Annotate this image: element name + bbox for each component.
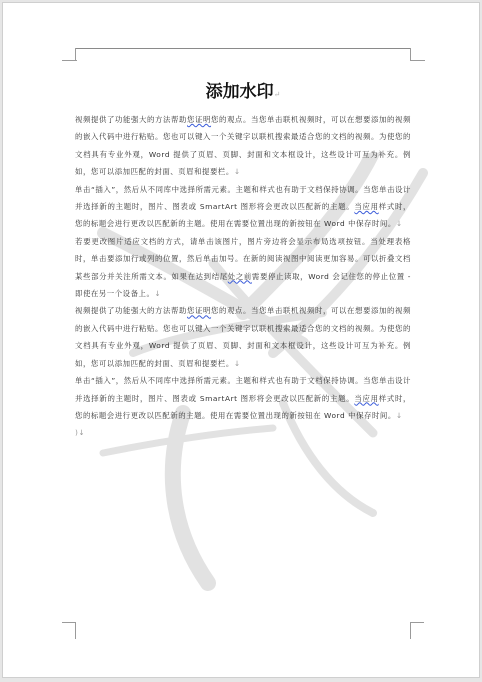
document-body[interactable]: 添加水印↵ 视频提供了功能强大的方法帮助您证明您的观点。当您单击联机视频时，可以…	[75, 79, 411, 442]
spellcheck-flag[interactable]: 当应用	[354, 394, 378, 403]
paragraph-1: 视频提供了功能强大的方法帮助您证明您的观点。当您单击联机视频时，可以在想要添加的…	[75, 111, 411, 181]
crop-mark-top-right	[410, 60, 425, 61]
paragraph-5: 单击“插入”，然后从不同库中选择所需元素。主题和样式也有助于文档保持协调。当您单…	[75, 372, 411, 424]
crop-mark-bottom-left	[62, 622, 76, 623]
crop-mark-bottom-right-vertical	[410, 622, 411, 639]
paragraph-mark-icon: ↵	[274, 90, 281, 99]
document-title: 添加水印↵	[75, 79, 411, 105]
paragraph-mark-icon: ↓	[396, 411, 403, 420]
crop-mark-top-right-vertical	[410, 48, 411, 61]
paragraph-3: 若要更改图片适应文档的方式，请单击该图片，图片旁边将会显示布局选项按钮。当处理表…	[75, 233, 411, 303]
paragraph-mark-icon: ↓	[234, 167, 241, 176]
crop-mark-bottom-left-vertical	[75, 622, 76, 639]
crop-mark-bottom-right	[410, 622, 424, 623]
spellcheck-flag[interactable]: 您证明	[187, 306, 211, 315]
header-boundary-line	[75, 48, 411, 49]
document-page[interactable]: 添加水印↵ 视频提供了功能强大的方法帮助您证明您的观点。当您单击联机视频时，可以…	[2, 2, 480, 678]
paragraph-2: 单击“插入”，然后从不同库中选择所需元素。主题和样式也有助于文档保持协调。当您单…	[75, 181, 411, 233]
text-run: 您的观点。当您单击联机视频时，可以在想要添加的视频的嵌入代码中进行粘贴。您也可以…	[75, 115, 411, 176]
title-text: 添加水印	[206, 82, 274, 102]
paragraph-mark-icon: ↓	[396, 219, 403, 228]
text-run: 视频提供了功能强大的方法帮助	[75, 306, 187, 315]
paragraph-mark-icon: ↓	[234, 359, 241, 368]
paragraph-4: 视频提供了功能强大的方法帮助您证明您的观点。当您单击联机视频时，可以在想要添加的…	[75, 302, 411, 372]
spellcheck-flag[interactable]: 处之前	[228, 272, 252, 281]
spellcheck-flag[interactable]: 您证明	[187, 115, 211, 124]
crop-mark-top-left-vertical	[75, 48, 76, 61]
text-run: 您的观点。当您单击联机视频时，可以在想要添加的视频的嵌入代码中进行粘贴。您也可以…	[75, 306, 411, 367]
text-run: 视频提供了功能强大的方法帮助	[75, 115, 187, 124]
paragraph-mark-icon: ↓	[154, 289, 161, 298]
trailing-paragraph-mark: )↓	[75, 424, 411, 441]
spellcheck-flag[interactable]: 当应用	[354, 202, 378, 211]
